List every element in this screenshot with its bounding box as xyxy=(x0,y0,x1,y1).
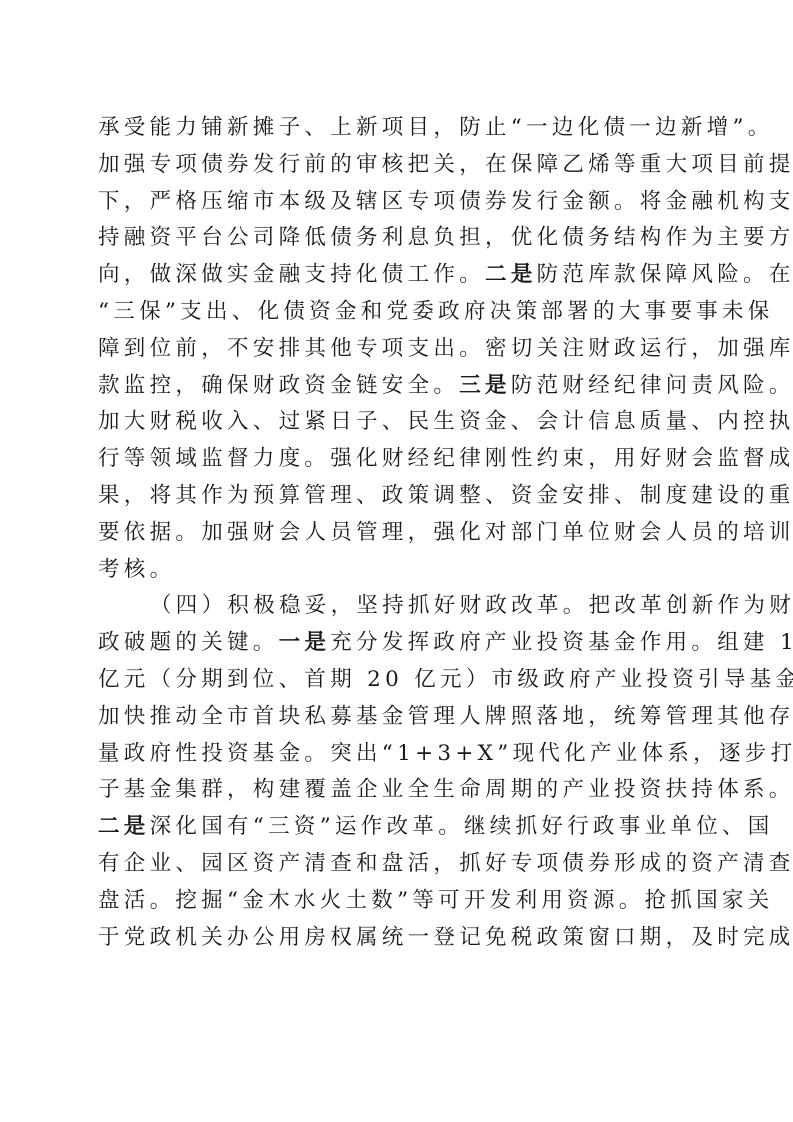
text-line: 盘活。挖掘“金木水火土数”等可开发利用资源。抢抓国家关 xyxy=(98,883,698,920)
section-heading-line: （四）积极稳妥，坚持抓好财政改革。把改革创新作为财 xyxy=(98,588,698,625)
text-segment: 有企业、园区资产清查和盘活，抓好专项债券形成的资产清查 xyxy=(98,851,793,876)
text-segment: 深化国有“三资”运作改革。继续抓好行政事业单位、国 xyxy=(150,814,774,839)
text-segment: 亿元（分期到位、首期 20 亿元）市级政府产业投资引导基金， xyxy=(98,667,793,692)
bold-keyword: 二是 xyxy=(98,814,150,839)
text-line: 要依据。加强财会人员管理，强化对部门单位财会人员的培训 xyxy=(98,515,698,552)
text-segment: 于党政机关办公用房权属统一登记免税政策窗口期，及时完成 xyxy=(98,925,793,950)
text-segment: 考核。 xyxy=(98,557,175,582)
text-line: 向，做深做实金融支持化债工作。二是防范库款保障风险。在 xyxy=(98,257,698,294)
text-segment: 障到位前，不安排其他专项支出。密切关注财政运行，加强库 xyxy=(98,336,793,361)
text-segment: 行等领域监督力度。强化财经纪律刚性约束，用好财会监督成 xyxy=(98,446,793,471)
text-segment: 持融资平台公司降低债务利息负担，优化债务结构作为主要方 xyxy=(98,225,793,250)
text-segment: 防范财经纪律问责风险。 xyxy=(511,373,793,398)
text-segment: 加强专项债券发行前的审核把关，在保障乙烯等重大项目前提 xyxy=(98,152,793,177)
text-line: “三保”支出、化债资金和党委政府决策部署的大事要事未保 xyxy=(98,294,698,331)
text-segment: 盘活。挖掘“金木水火土数”等可开发利用资源。抢抓国家关 xyxy=(98,888,774,913)
text-line: 行等领域监督力度。强化财经纪律刚性约束，用好财会监督成 xyxy=(98,441,698,478)
text-line: 子基金集群，构建覆盖企业全生命周期的产业投资扶持体系。 xyxy=(98,772,698,809)
text-segment: 下，严格压缩市本级及辖区专项债券发行金额。将金融机构支 xyxy=(98,189,793,214)
text-line: 承受能力铺新摊子、上新项目，防止“一边化债一边新增”。 xyxy=(98,110,698,147)
text-line: 持融资平台公司降低债务利息负担，优化债务结构作为主要方 xyxy=(98,220,698,257)
text-segment: 加大财税收入、过紧日子、民生资金、会计信息质量、内控执 xyxy=(98,409,793,434)
text-segment: 子基金集群，构建覆盖企业全生命周期的产业投资扶持体系。 xyxy=(98,777,793,802)
section-heading: （四）积极稳妥，坚持抓好财政改革。把改革创新作为财 xyxy=(150,593,793,618)
text-segment: 款监控，确保财政资金链安全。 xyxy=(98,373,459,398)
text-segment: 承受能力铺新摊子、上新项目，防止“一边化债一边新增”。 xyxy=(98,115,774,140)
text-segment: 加快推动全市首块私募基金管理人牌照落地，统筹管理其他存 xyxy=(98,704,793,729)
text-line: 款监控，确保财政资金链安全。三是防范财经纪律问责风险。 xyxy=(98,368,698,405)
text-segment: 防范库款保障风险。在 xyxy=(537,262,793,287)
text-segment: 向，做深做实金融支持化债工作。 xyxy=(98,262,485,287)
text-line: 考核。 xyxy=(98,552,698,589)
text-segment: 果，将其作为预算管理、政策调整、资金安排、制度建设的重 xyxy=(98,483,793,508)
text-line: 有企业、园区资产清查和盘活，抓好专项债券形成的资产清查 xyxy=(98,846,698,883)
text-segment: 要依据。加强财会人员管理，强化对部门单位财会人员的培训 xyxy=(98,520,793,545)
bold-keyword: 二是 xyxy=(485,262,537,287)
text-segment: 充分发挥政府产业投资基金作用。组建 100 xyxy=(330,630,793,655)
text-line: 二是深化国有“三资”运作改革。继续抓好行政事业单位、国 xyxy=(98,809,698,846)
text-line: 政破题的关键。一是充分发挥政府产业投资基金作用。组建 100 xyxy=(98,625,698,662)
document-page: 承受能力铺新摊子、上新项目，防止“一边化债一边新增”。 加强专项债券发行前的审核… xyxy=(98,110,698,956)
text-line: 加快推动全市首块私募基金管理人牌照落地，统筹管理其他存 xyxy=(98,699,698,736)
text-line: 亿元（分期到位、首期 20 亿元）市级政府产业投资引导基金， xyxy=(98,662,698,699)
text-line: 量政府性投资基金。突出“1+3+X”现代化产业体系，逐步打造 xyxy=(98,736,698,773)
text-line: 于党政机关办公用房权属统一登记免税政策窗口期，及时完成 xyxy=(98,920,698,957)
text-segment: 政破题的关键。 xyxy=(98,630,279,655)
text-line: 障到位前，不安排其他专项支出。密切关注财政运行，加强库 xyxy=(98,331,698,368)
text-segment: “三保”支出、化债资金和党委政府决策部署的大事要事未保 xyxy=(98,299,774,324)
bold-keyword: 三是 xyxy=(459,373,511,398)
bold-keyword: 一是 xyxy=(279,630,331,655)
text-line: 加强专项债券发行前的审核把关，在保障乙烯等重大项目前提 xyxy=(98,147,698,184)
text-line: 果，将其作为预算管理、政策调整、资金安排、制度建设的重 xyxy=(98,478,698,515)
text-segment: 量政府性投资基金。突出“1+3+X”现代化产业体系，逐步打造 xyxy=(98,741,793,766)
text-line: 加大财税收入、过紧日子、民生资金、会计信息质量、内控执 xyxy=(98,404,698,441)
text-line: 下，严格压缩市本级及辖区专项债券发行金额。将金融机构支 xyxy=(98,184,698,221)
